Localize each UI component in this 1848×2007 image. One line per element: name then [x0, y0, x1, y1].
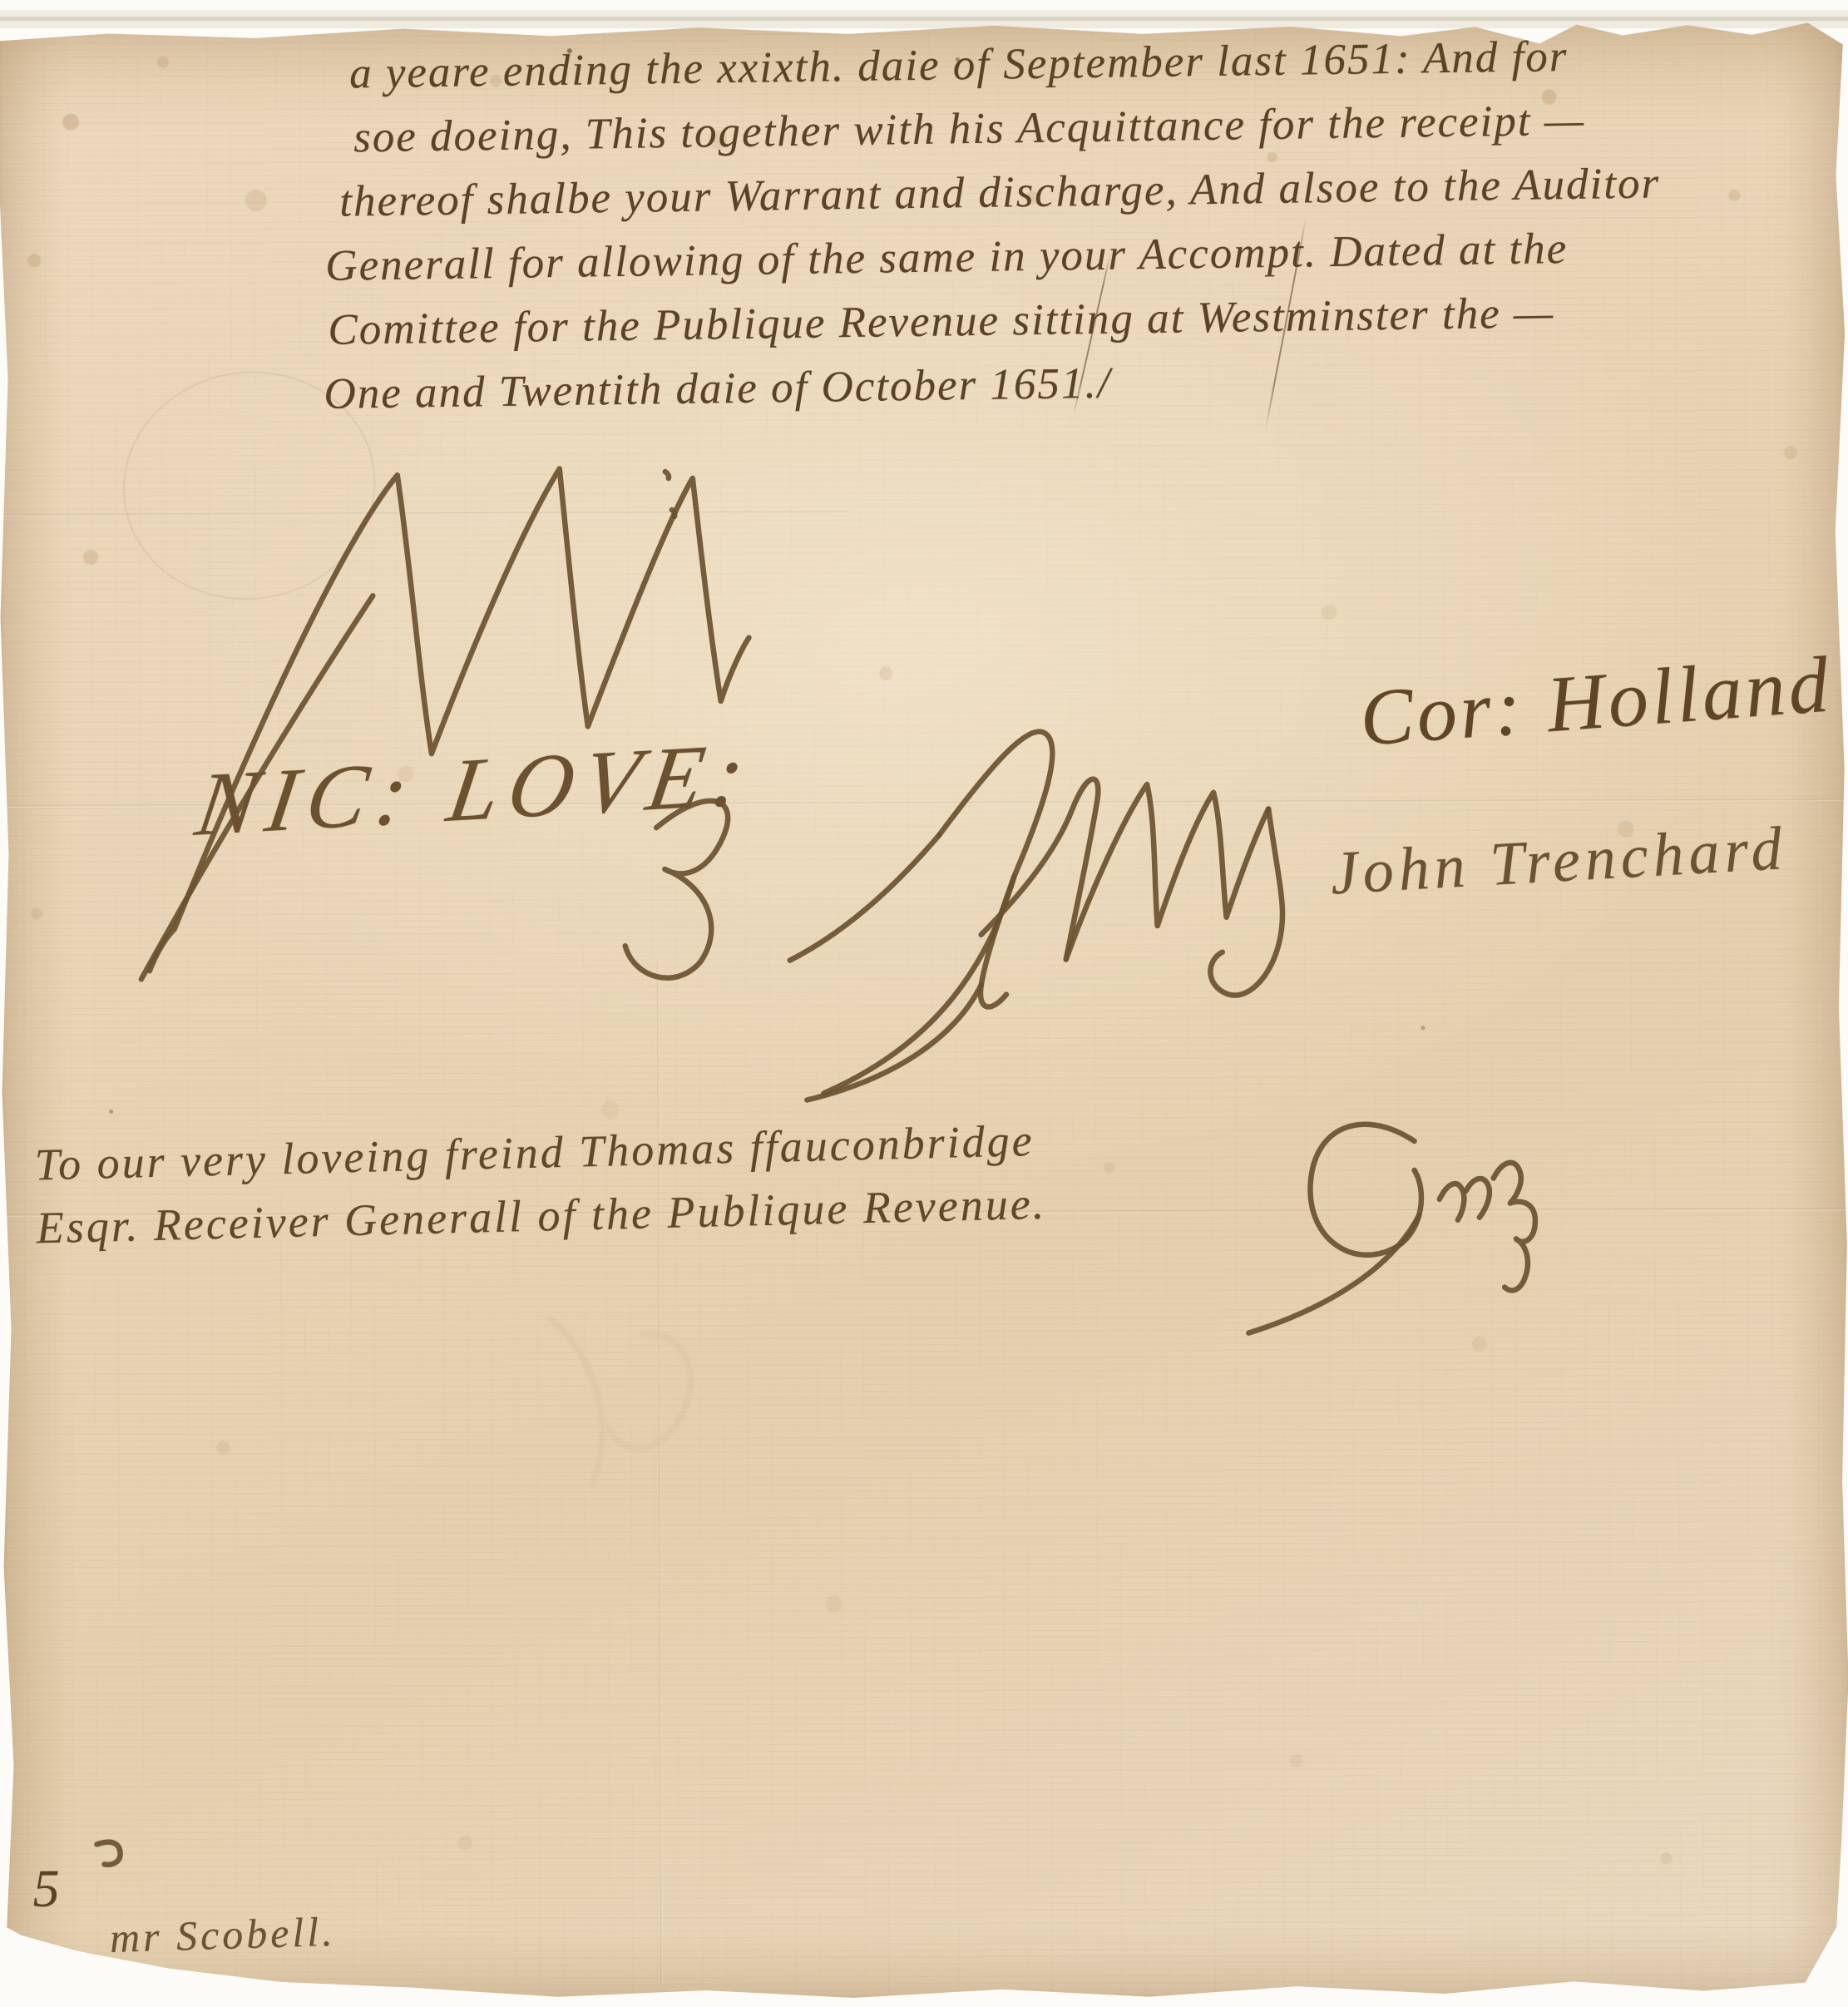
address-block: To our very loveing freind Thomas ffauco…: [34, 1109, 1047, 1260]
filing-note-scobell: mr Scobell.: [109, 1907, 336, 1962]
signature-flourish-left: [122, 395, 773, 996]
scanned-document-page: a yeare ending the xxixth. daie of Septe…: [0, 0, 1848, 2007]
signature-flourish-center: [773, 684, 1290, 1118]
docket-flourish: [1248, 1090, 1598, 1349]
signature-john-trenchard: John Trenchard: [1328, 813, 1788, 910]
scanner-background-strip: [0, 0, 1848, 28]
signature-cor-holland: Cor: Holland: [1356, 638, 1835, 764]
filing-number: 5: [33, 1858, 60, 1920]
bleed-through-ghost: [516, 1302, 767, 1535]
paper-sheet: a yeare ending the xxixth. daie of Septe…: [0, 17, 1848, 2003]
body-text: a yeare ending the xxixth. daie of Septe…: [318, 23, 1663, 426]
